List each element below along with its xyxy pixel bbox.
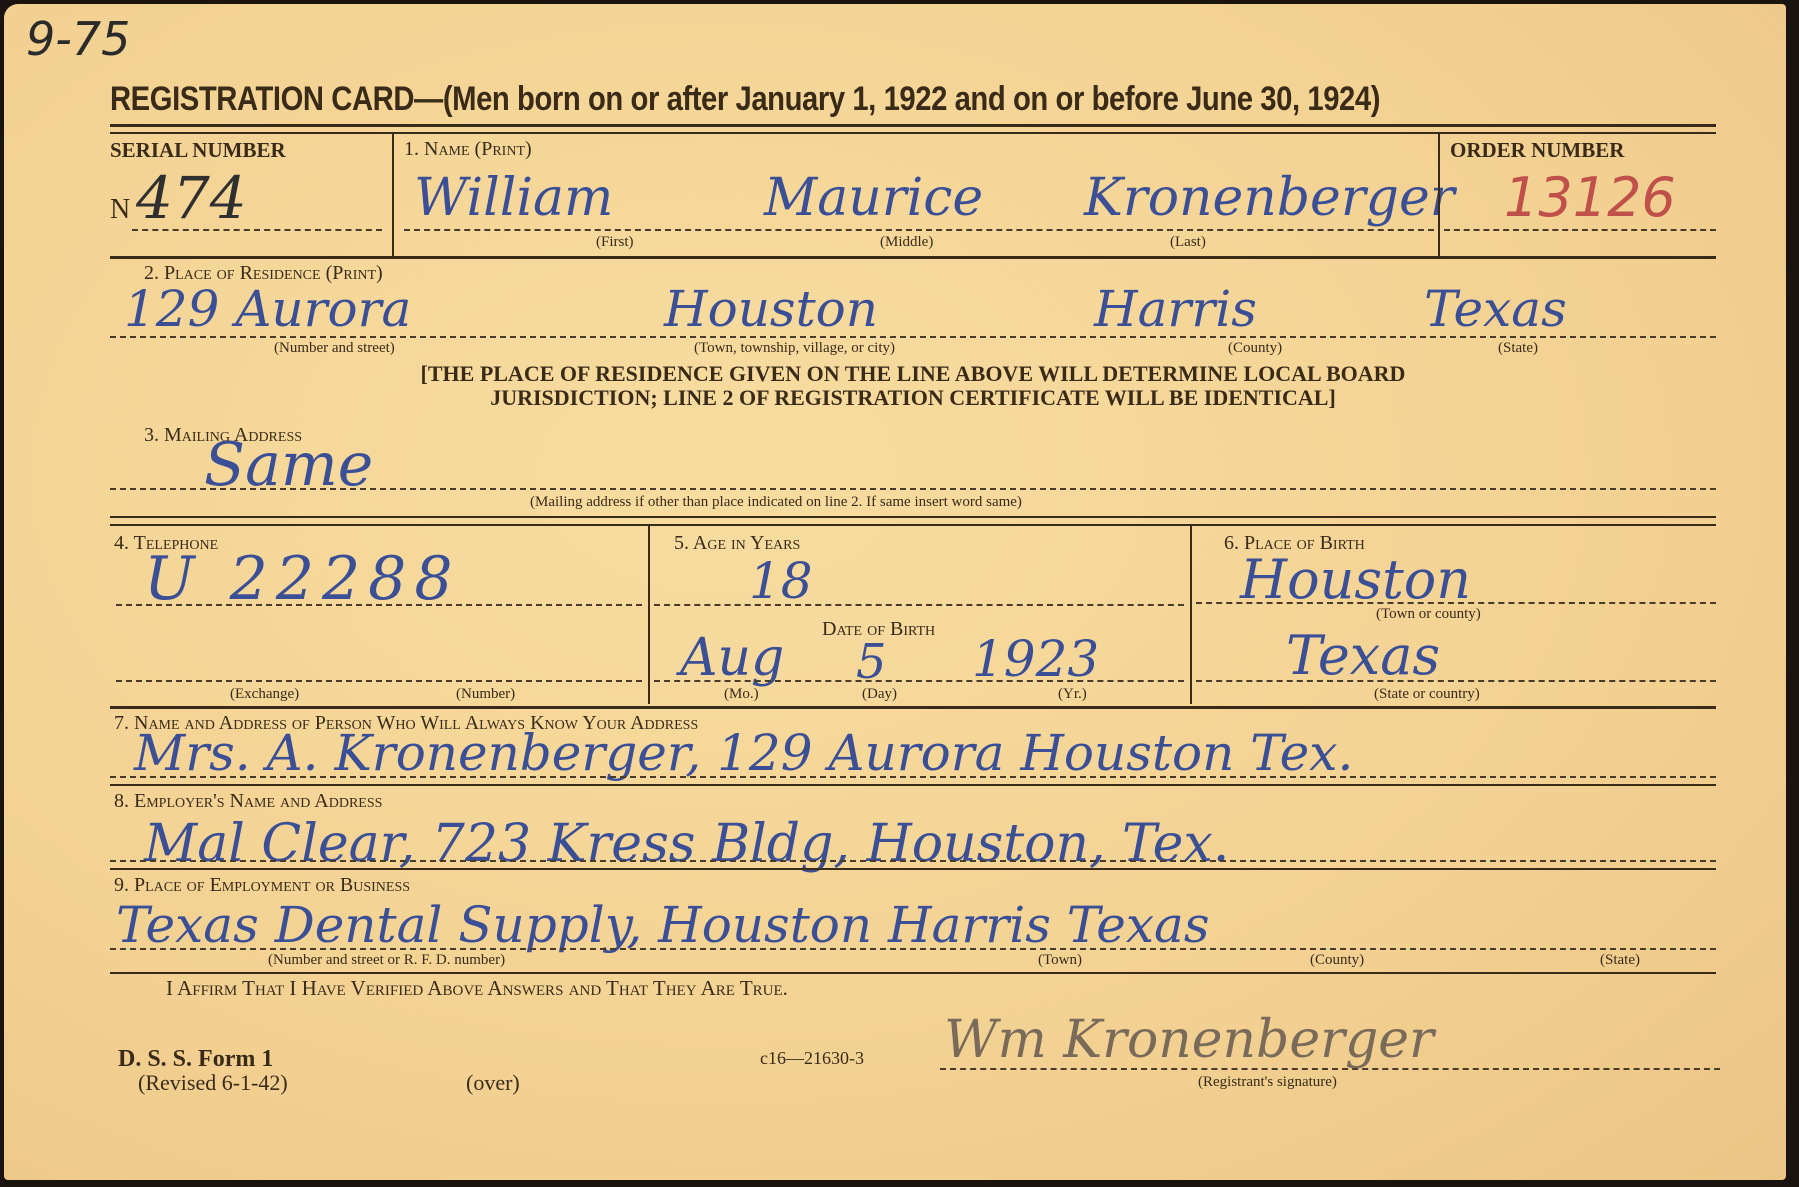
order-number-value: 13126: [1504, 166, 1676, 229]
divider: [110, 972, 1716, 974]
name-line: [404, 229, 1434, 231]
residence-town: Houston: [664, 280, 878, 338]
divider: [110, 868, 1716, 870]
mailing-line: [110, 488, 1716, 490]
birthplace-state-line: [1196, 680, 1716, 682]
employment-county-caption: (County): [1310, 952, 1364, 969]
name-last: Kronenberger: [1084, 168, 1455, 228]
town-caption: (Town, township, village, or city): [694, 340, 895, 357]
order-number-label: ORDER NUMBER: [1450, 138, 1624, 163]
employer-value: Mal Clear, 723 Kress Bldg, Houston, Tex.: [144, 814, 1229, 874]
divider: [110, 516, 1716, 518]
street-caption: (Number and street): [274, 340, 395, 357]
divider: [392, 134, 394, 256]
number-caption: (Number): [456, 686, 515, 703]
birthplace-state: Texas: [1286, 624, 1440, 687]
month-caption: (Mo.): [724, 686, 759, 703]
serial-number-label: SERIAL NUMBER: [110, 138, 286, 163]
middle-caption: (Middle): [880, 234, 933, 251]
dob-line: [654, 680, 1184, 682]
birthplace-town-line: [1196, 602, 1716, 604]
order-line: [1444, 229, 1716, 231]
card-title: REGISTRATION CARD—(Men born on or after …: [110, 80, 1380, 119]
telephone-line: [116, 604, 642, 606]
contact-value: Mrs. A. Kronenberger, 129 Aurora Houston…: [134, 724, 1353, 782]
state-caption: (State): [1498, 340, 1538, 357]
employer-label: 8. Employer's Name and Address: [114, 790, 382, 813]
notice-line-1: [THE PLACE OF RESIDENCE GIVEN ON THE LIN…: [110, 362, 1716, 386]
residence-line: [110, 336, 1716, 338]
county-caption: (County): [1228, 340, 1282, 357]
divider: [110, 132, 1716, 134]
notice-line-2: JURISDICTION; LINE 2 OF REGISTRATION CER…: [110, 386, 1716, 410]
name-middle: Maurice: [764, 168, 983, 228]
divider: [110, 256, 1716, 259]
dob-month: Aug: [680, 628, 784, 688]
residence-street: 129 Aurora: [124, 280, 411, 338]
divider: [1190, 526, 1192, 704]
employment-state-caption: (State): [1600, 952, 1640, 969]
employer-line: [110, 860, 1716, 862]
signature-line: [940, 1068, 1720, 1070]
day-caption: (Day): [862, 686, 897, 703]
residence-state: Texas: [1424, 280, 1567, 338]
jurisdiction-notice: [THE PLACE OF RESIDENCE GIVEN ON THE LIN…: [110, 362, 1716, 410]
corner-note: 9-75: [26, 12, 130, 66]
residence-county: Harris: [1094, 280, 1257, 338]
birthplace-town-caption: (Town or county): [1376, 606, 1481, 623]
registrant-signature: Wm Kronenberger: [944, 1010, 1434, 1070]
signature-caption: (Registrant's signature): [1198, 1074, 1337, 1091]
employment-street-caption: (Number and street or R. F. D. number): [268, 952, 505, 969]
over-note: (over): [466, 1070, 520, 1096]
affirmation: I Affirm That I Have Verified Above Answ…: [166, 976, 788, 1001]
employment-town-caption: (Town): [1038, 952, 1082, 969]
birthplace-state-caption: (State or country): [1374, 686, 1480, 703]
age-line: [654, 604, 1184, 606]
serial-prefix: N: [110, 194, 130, 226]
divider: [110, 784, 1716, 786]
name-label: 1. Name (Print): [404, 138, 532, 161]
divider: [110, 124, 1716, 127]
employment-label: 9. Place of Employment or Business: [114, 874, 410, 897]
exchange-caption: (Exchange): [230, 686, 299, 703]
revised-date: (Revised 6-1-42): [138, 1070, 288, 1096]
divider: [648, 526, 650, 704]
divider: [1438, 134, 1440, 256]
registration-card: 9-75 REGISTRATION CARD—(Men born on or a…: [4, 4, 1786, 1180]
divider: [110, 524, 1716, 526]
contact-line: [110, 776, 1716, 778]
exchange-line: [116, 680, 642, 682]
print-code: c16—21630-3: [760, 1048, 864, 1069]
employment-value: Texas Dental Supply, Houston Harris Texa…: [116, 896, 1209, 954]
age-value: 18: [749, 552, 813, 610]
employment-line: [110, 948, 1716, 950]
serial-line: [132, 229, 382, 231]
name-first: William: [414, 168, 613, 228]
mailing-caption: (Mailing address if other than place ind…: [530, 494, 1022, 511]
last-caption: (Last): [1170, 234, 1206, 251]
divider: [110, 706, 1716, 709]
serial-number-value: 474: [136, 164, 247, 232]
first-caption: (First): [596, 234, 634, 251]
year-caption: (Yr.): [1058, 686, 1087, 703]
form-id: D. S. S. Form 1: [118, 1046, 273, 1073]
